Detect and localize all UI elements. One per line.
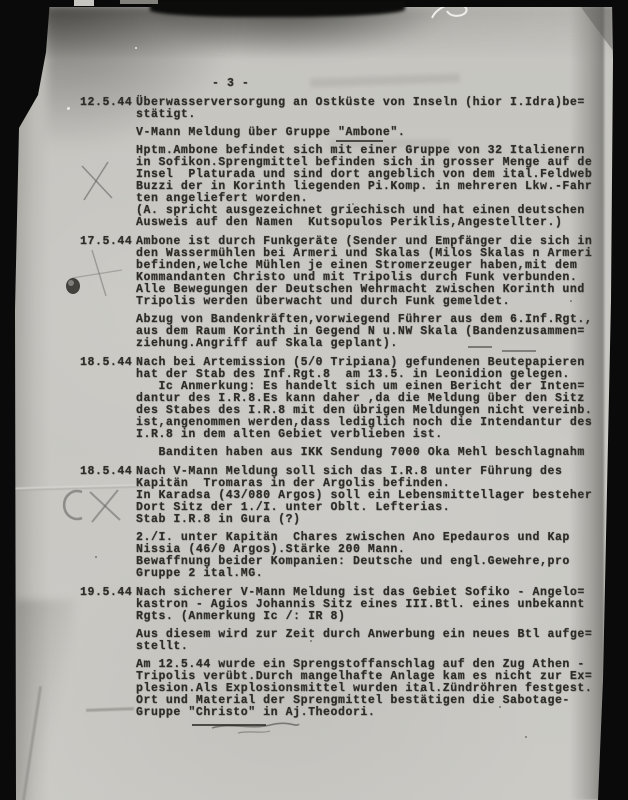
text-line: I.R.8 in dem alten Gebiet verblieben ist… bbox=[136, 429, 596, 441]
paragraph: Hptm.Ambone befindet sich mit einer Grup… bbox=[136, 145, 596, 229]
scan-border-notch bbox=[74, 0, 94, 6]
text-line: Ausweis auf den Namen Kutsopulos Perikli… bbox=[136, 217, 596, 229]
entry-body: Nach sicherer V-Mann Meldung ist das Geb… bbox=[136, 587, 596, 719]
paragraph: Überwasserversorgung an Ostküste von Ins… bbox=[136, 97, 596, 121]
report-entry: 17.5.44Ambone ist durch Funkgeräte (Send… bbox=[80, 236, 596, 350]
paragraph: 2./I. unter Kapitän Chares zwischen Ano … bbox=[136, 532, 596, 580]
text-line: V-Mann Meldung über Gruppe "Ambone". bbox=[136, 127, 596, 139]
entry-date: 12.5.44 bbox=[80, 97, 136, 229]
text-line: Tripolis werden überwacht und durch Funk… bbox=[136, 296, 596, 308]
paragraph: Banditen haben aus IKK Sendung 7000 Oka … bbox=[136, 447, 596, 459]
paragraph: Nach sicherer V-Mann Meldung ist das Geb… bbox=[136, 587, 596, 623]
text-line: Gruppe 2 ital.MG. bbox=[136, 568, 596, 580]
pencil-scribble-mark-icon bbox=[210, 716, 302, 738]
report-entry: 12.5.44Überwasserversorgung an Ostküste … bbox=[80, 97, 596, 229]
entry-date: 18.5.44 bbox=[80, 357, 136, 459]
report-entry: 18.5.44Nach bei Artemission (5/0 Tripian… bbox=[80, 357, 596, 459]
paragraph: Abzug von Bandenkräften,vorwiegend Führe… bbox=[136, 314, 596, 350]
paragraph: V-Mann Meldung über Gruppe "Ambone". bbox=[136, 127, 596, 139]
paragraph: Am 12.5.44 wurde ein Sprengstoffanschlag… bbox=[136, 659, 596, 719]
scan-border-notch bbox=[120, 0, 158, 4]
paragraph: Nach V-Mann Meldung soll sich das I.R.8 … bbox=[136, 466, 596, 526]
paragraph: Ambone ist durch Funkgeräte (Sender und … bbox=[136, 236, 596, 308]
scanned-document: - 3 - 12.5.44Überwasserversorgung an Ost… bbox=[0, 0, 628, 800]
white-speck bbox=[67, 107, 70, 110]
text-line: Überwasserversorgung an Ostküste von Ins… bbox=[136, 97, 596, 109]
underline-christo bbox=[192, 724, 266, 726]
page-number: - 3 - bbox=[212, 78, 596, 90]
entry-body: Nach V-Mann Meldung soll sich das I.R.8 … bbox=[136, 466, 596, 580]
scan-border-top-blob bbox=[150, 0, 405, 17]
entry-date: 18.5.44 bbox=[80, 466, 136, 580]
entry-date: 19.5.44 bbox=[80, 587, 136, 719]
report-entry: 18.5.44Nach V-Mann Meldung soll sich das… bbox=[80, 466, 596, 580]
text-line: stellt. bbox=[136, 641, 596, 653]
report-entry: 19.5.44Nach sicherer V-Mann Meldung ist … bbox=[80, 587, 596, 719]
text-line: Gruppe "Christo" in Aj.Theodori. bbox=[136, 707, 596, 719]
bottom-left-shading bbox=[14, 600, 74, 800]
entry-body: Nach bei Artemission (5/0 Tripiana) gefu… bbox=[136, 357, 596, 459]
text-line: Aus diesem wird zur Zeit durch Anwerbung… bbox=[136, 629, 596, 641]
document-text: - 3 - 12.5.44Überwasserversorgung an Ost… bbox=[80, 78, 596, 719]
entry-date: 17.5.44 bbox=[80, 236, 136, 350]
entry-body: Ambone ist durch Funkgeräte (Sender und … bbox=[136, 236, 596, 350]
text-line: ziehung.Angriff auf Skala geplant). bbox=[136, 338, 596, 350]
text-line: Banditen haben aus IKK Sendung 7000 Oka … bbox=[136, 447, 596, 459]
text-line: stätigt. bbox=[136, 109, 596, 121]
white-speck bbox=[135, 47, 137, 49]
paragraph: Nach bei Artemission (5/0 Tripiana) gefu… bbox=[136, 357, 596, 441]
paragraph: Aus diesem wird zur Zeit durch Anwerbung… bbox=[136, 629, 596, 653]
report-entries: 12.5.44Überwasserversorgung an Ostküste … bbox=[80, 97, 596, 719]
paper-sheet: - 3 - 12.5.44Überwasserversorgung an Ost… bbox=[0, 0, 628, 800]
dark-speck bbox=[525, 736, 527, 738]
text-line: Rgts. (Anmerkung Ic /: IR 8) bbox=[136, 611, 596, 623]
entry-body: Überwasserversorgung an Ostküste von Ins… bbox=[136, 97, 596, 229]
text-line: Stab I.R.8 in Gura (?) bbox=[136, 514, 596, 526]
